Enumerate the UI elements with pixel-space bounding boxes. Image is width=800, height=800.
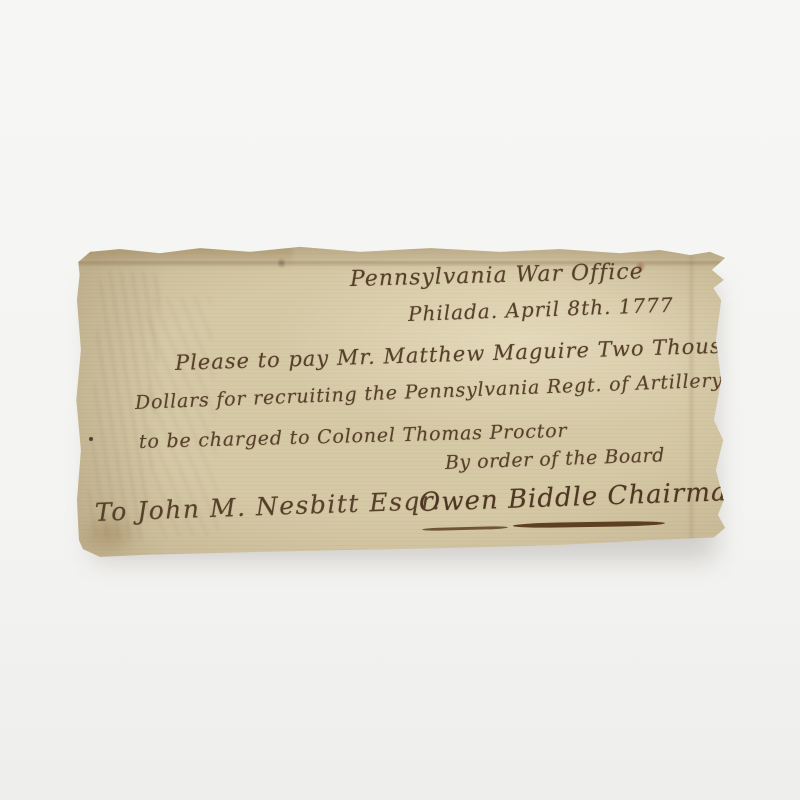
stray-ink-dot [89, 437, 93, 441]
doc-order-of-board-line: By order of the Board [445, 444, 666, 474]
signature-underline-stroke-1 [422, 526, 508, 531]
photo-background: Pennsylvania War Office Philada. April 8… [0, 0, 800, 800]
doc-body-line-1: Please to pay Mr. Matthew Maguire Two Th… [175, 332, 765, 375]
signature-underline-stroke-2 [513, 521, 665, 529]
doc-header-dateline: Philada. April 8th. 1777 [408, 293, 674, 326]
doc-signature: Owen Biddle Chairman [418, 477, 745, 518]
doc-header-office: Pennsylvania War Office [350, 259, 644, 292]
doc-addressee-line: To John M. Nesbitt Esqr. [94, 486, 441, 527]
doc-body-line-2: Dollars for recruiting the Pennsylvania … [135, 369, 724, 414]
ink-speck-mark [278, 257, 285, 269]
doc-body-line-3: to be charged to Colonel Thomas Proctor [139, 420, 568, 453]
top-edge-foxing-stain [83, 247, 293, 267]
manuscript-paper: Pennsylvania War Office Philada. April 8… [75, 245, 733, 560]
